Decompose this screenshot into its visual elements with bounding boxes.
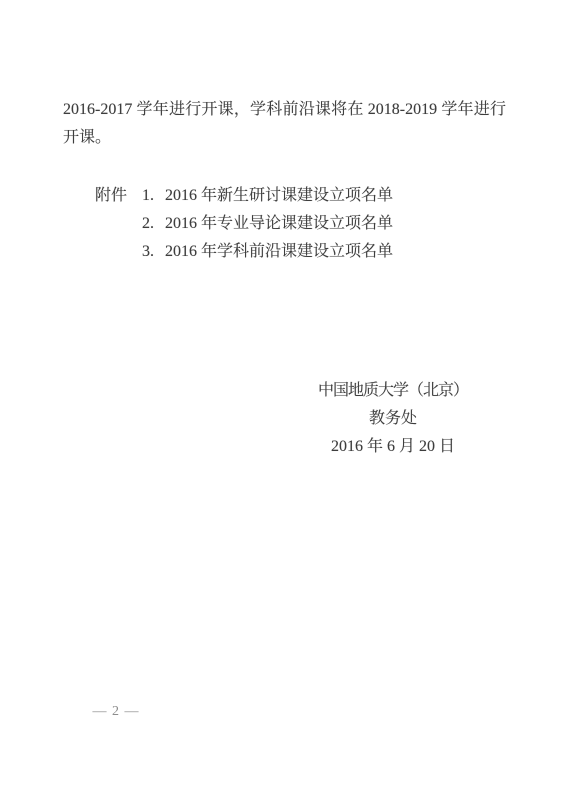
signature-date: 2016 年 6 月 20 日	[318, 433, 468, 461]
paragraph-line-2: 开课。	[63, 124, 506, 152]
page-number: — 2 —	[88, 703, 144, 721]
attachment-title-1: 2016 年新生研讨课建设立项名单	[165, 187, 393, 204]
attachment-number-3: 3.	[142, 238, 165, 266]
attachment-item-3: 3.2016 年学科前沿课建设立项名单	[95, 238, 393, 266]
attachment-number-1: 1.	[142, 182, 165, 210]
document-page: 2016-2017 学年进行开课，学科前沿课将在 2018-2019 学年进行 …	[0, 0, 565, 800]
attachment-number-2: 2.	[142, 210, 165, 238]
signature-block: 中国地质大学（北京） 教务处 2016 年 6 月 20 日	[318, 377, 468, 461]
attachment-item-2: 2.2016 年专业导论课建设立项名单	[95, 210, 393, 238]
signature-organization: 中国地质大学（北京）	[318, 377, 468, 405]
body-paragraph: 2016-2017 学年进行开课，学科前沿课将在 2018-2019 学年进行 …	[63, 96, 506, 152]
signature-department: 教务处	[318, 405, 468, 433]
attachment-list: 附件1.2016 年新生研讨课建设立项名单 2.2016 年专业导论课建设立项名…	[95, 182, 393, 266]
attachment-title-3: 2016 年学科前沿课建设立项名单	[165, 243, 393, 260]
attachment-item-1: 附件1.2016 年新生研讨课建设立项名单	[95, 182, 393, 210]
paragraph-line-1: 2016-2017 学年进行开课，学科前沿课将在 2018-2019 学年进行	[63, 96, 506, 124]
attachment-title-2: 2016 年专业导论课建设立项名单	[165, 215, 393, 232]
attachment-label: 附件	[95, 182, 142, 210]
